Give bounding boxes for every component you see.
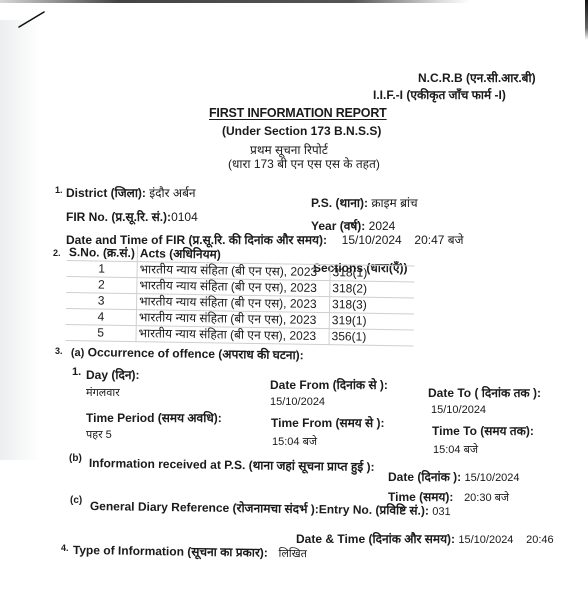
- day-value: मंगलवार: [86, 385, 120, 400]
- sno-cell: 3: [66, 292, 137, 309]
- time-to-label: Time To (समय तक):: [432, 422, 534, 439]
- section-1-number: 1.: [55, 185, 63, 195]
- iif-label: I.I.F.-I (एकीकृत जाँच फार्म -I): [373, 86, 506, 103]
- ncrb-label: N.C.R.B (एन.सी.आर.बी): [418, 69, 536, 86]
- day-number: 1.: [72, 366, 81, 378]
- acts-sections-table: S.No. (क्र.सं.) Acts (अधिनियम) 1भारतीय न…: [65, 245, 414, 346]
- info-date-label: Date (दिनांक ):: [388, 470, 461, 484]
- document-subtitle: (Under Section 173 B.N.S.S): [222, 124, 381, 138]
- info-type-field: Type of Information (सूचना का प्रकार): ल…: [73, 541, 307, 561]
- fir-no-field: FIR No. (प्र.सू.रि. सं.):0104: [66, 208, 198, 225]
- info-type-label: Type of Information (सूचना का प्रकार):: [73, 543, 268, 560]
- page-edge-shadow-top: [0, 0, 588, 3]
- fir-time-value: 20:47 बजे: [414, 233, 463, 247]
- day-label: Day (दिन):: [86, 366, 139, 383]
- subsection-a-label: (a): [71, 347, 85, 359]
- occurrence-label: Occurrence of offence (अपराध की घटना):: [88, 345, 304, 362]
- occurrence-heading: (a) Occurrence of offence (अपराध की घटना…: [71, 343, 304, 363]
- info-date-field: Date (दिनांक ): 15/10/2024: [388, 468, 520, 485]
- district-field: District (जिला): इंदौर अर्बन: [66, 184, 196, 201]
- gd-reference-field: General Diary Reference (रोजनामचा संदर्भ…: [90, 497, 451, 519]
- gd-reference-label: General Diary Reference (रोजनामचा संदर्भ…: [90, 499, 319, 516]
- section-3-number: 3.: [55, 346, 63, 356]
- ps-field: P.S. (थाना): क्राइम ब्रांच: [311, 194, 418, 211]
- gd-time-value: 20:46: [526, 534, 554, 546]
- act-cell: भारतीय न्याय संहिता (बी एन एस), 2023: [136, 326, 329, 345]
- fir-date-value: 15/10/2024: [342, 233, 402, 247]
- gd-date-value: 15/10/2024: [458, 534, 513, 546]
- sno-cell: 4: [66, 308, 137, 325]
- section-cell: 318(2): [330, 281, 415, 298]
- info-date-value: 15/10/2024: [464, 472, 519, 484]
- section-cell: 318(1): [330, 265, 415, 282]
- ps-label: P.S. (थाना):: [311, 196, 368, 210]
- info-type-value: लिखित: [278, 548, 307, 560]
- district-label: District (जिला):: [66, 186, 146, 200]
- entry-no-label: Entry No. (प्रविष्टि सं.):: [319, 502, 429, 518]
- info-received-label: Information received at P.S. (थाना जहां …: [89, 454, 375, 475]
- date-to-value: 15/10/2024: [431, 404, 486, 416]
- sno-column-header: S.No. (क्र.सं.): [67, 245, 138, 262]
- ps-value: क्राइम ब्रांच: [371, 196, 417, 210]
- gd-datetime-label: Date & Time (दिनांक और समय):: [296, 532, 455, 546]
- pen-mark-icon: [17, 10, 47, 30]
- entry-no-value: 031: [432, 506, 451, 518]
- page-left-shade: [0, 20, 40, 460]
- sno-cell: 5: [65, 324, 136, 341]
- document-subtitle-hindi: (धारा 173 बी एन एस एस के तहत): [228, 155, 380, 172]
- time-from-label: Time From (समय से ):: [271, 414, 384, 431]
- sno-cell: 2: [66, 276, 137, 293]
- fir-no-label: FIR No. (प्र.सू.रि. सं.):: [66, 210, 171, 224]
- district-value: इंदौर अर्बन: [149, 186, 195, 200]
- date-from-label: Date From (दिनांक से ):: [270, 376, 388, 393]
- sections-header-spacer: [330, 249, 415, 266]
- time-from-value: 15:04 बजे: [272, 434, 317, 449]
- time-period-value: पहर 5: [86, 427, 112, 442]
- info-received-text: Information received at P.S. (थाना जहां …: [89, 456, 375, 474]
- section-cell: 318(3): [329, 297, 414, 314]
- fir-no-value: 0104: [171, 210, 198, 224]
- info-time-value: 20:30 बजे: [464, 492, 509, 504]
- gd-datetime-field: Date & Time (दिनांक और समय): 15/10/2024 …: [296, 530, 554, 547]
- time-to-value: 15:04 बजे: [433, 442, 478, 457]
- sno-cell: 1: [67, 260, 138, 277]
- date-from-value: 15/10/2024: [270, 396, 325, 408]
- date-to-label: Date To ( दिनांक तक ):: [428, 384, 541, 401]
- time-period-label: Time Period (समय अवधि):: [86, 409, 222, 426]
- section-4-number: 4.: [61, 543, 69, 553]
- document-title: FIRST INFORMATION REPORT: [209, 106, 387, 120]
- section-cell: 319(1): [329, 313, 414, 330]
- section-2-number: 2.: [53, 248, 61, 258]
- section-cell: 356(1): [329, 329, 414, 346]
- subsection-c-label: (c): [70, 495, 82, 506]
- subsection-b-label: (b): [69, 453, 82, 464]
